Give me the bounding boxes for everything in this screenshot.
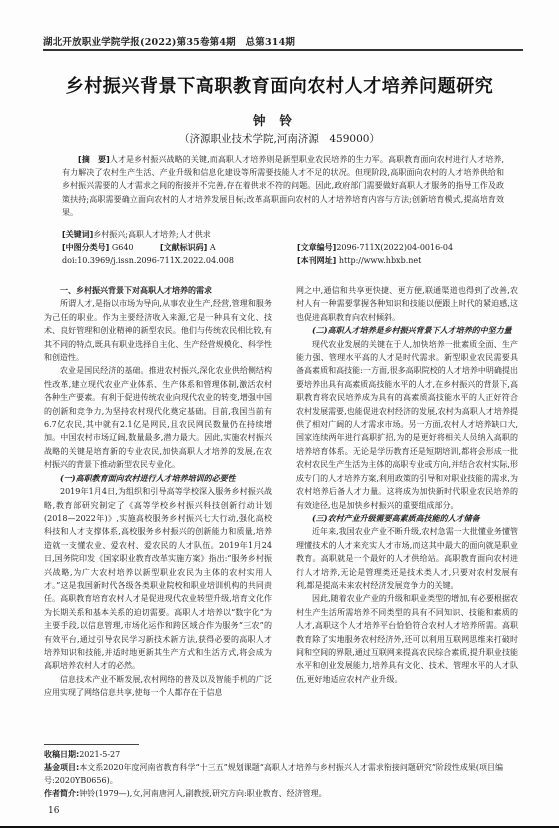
url-link[interactable]: http://www.hbxb.net bbox=[339, 256, 421, 265]
received-label: 收稿日期: bbox=[44, 750, 79, 759]
paragraph-continued: 网之中,通信和共享更快捷、更方便,联通渠道也得到了改善,农村人有一种需要掌握各种… bbox=[296, 284, 518, 324]
bio-label: 作者简介: bbox=[44, 789, 79, 798]
journal-page: 湖北开放职业学院学报(2022)第35卷第4期 总第314期 乡村振兴背景下高职… bbox=[0, 0, 559, 828]
running-head: 湖北开放职业学院学报(2022)第35卷第4期 总第314期 bbox=[43, 34, 295, 48]
url-label: [本刊网址] bbox=[297, 256, 336, 265]
keywords-label: [关键词] bbox=[62, 230, 93, 239]
footnotes: 收稿日期:2021-5-27 基金项目:本文系2020年度河南省教育科学“十三五… bbox=[44, 748, 522, 800]
fund-value: 本文系2020年度河南省教育科学“十三五”规划课题“高职人才培养与乡村振兴人才需… bbox=[44, 763, 503, 785]
fund-project: 基金项目:本文系2020年度河南省教育科学“十三五”规划课题“高职人才培养与乡村… bbox=[44, 761, 522, 787]
received-date: 收稿日期:2021-5-27 bbox=[44, 748, 522, 761]
author-bio: 作者简介:钟铃(1979—),女,河南唐河人,副教授,研究方向:职业教育、经济管… bbox=[44, 787, 522, 800]
paragraph: 信息技术产业不断发展,农村网络的普及以及智能手机的广泛应用实现了网络信息共享,使… bbox=[44, 673, 272, 700]
clc-number: [中图分类号] G640 bbox=[62, 241, 134, 254]
paragraph: 农业是国民经济的基础。推进农村振兴,深化农业供给侧结构性改革,建立现代农业产业体… bbox=[44, 364, 272, 471]
paragraph: 2019年1月4日,为组织和引导高等学校深入服务乡村振兴战略,教育部研究制定了《… bbox=[44, 485, 272, 673]
body-column-right: 网之中,通信和共享更快捷、更方便,联通渠道也得到了改善,农村人有一种需要掌握各种… bbox=[296, 284, 518, 686]
section-heading: 一、乡村振兴背景下对高职人才培养的需求 bbox=[44, 284, 272, 297]
clc-value: G640 bbox=[112, 243, 134, 252]
abstract: [摘 要]人才是乡村振兴战略的关键,而高职人才培养则是新型职业农民培养的生力军。… bbox=[62, 153, 504, 219]
document-code: [文献标识码] A bbox=[160, 241, 216, 254]
doc-code-value: A bbox=[210, 243, 216, 252]
doc-code-label: [文献标识码] bbox=[160, 243, 207, 252]
received-value: 2021-5-27 bbox=[79, 750, 120, 759]
page-number: 16 bbox=[48, 806, 59, 816]
article-title: 乡村振兴背景下高职教育面向农村人才培养问题研究 bbox=[0, 72, 559, 98]
abstract-label: [摘 要] bbox=[78, 155, 110, 164]
author-affiliation: （济源职业技术学院,河南济源 459000） bbox=[0, 131, 559, 146]
header-rule bbox=[43, 49, 523, 51]
article-no-label: [文章编号] bbox=[297, 243, 336, 252]
doi[interactable]: doi:10.3969/j.issn.2096-711X.2022.04.008 bbox=[62, 254, 234, 267]
paragraph: 现代农业发展的关键在于人,加快培养一批素质全面、生产能力强、管理水平高的人才是时… bbox=[296, 338, 518, 512]
fund-label: 基金项目: bbox=[44, 763, 79, 772]
author-name: 钟铃 bbox=[0, 111, 559, 129]
article-no-value: 2096-711X(2022)04-0016-04 bbox=[336, 243, 453, 252]
bio-value: 钟铃(1979—),女,河南唐河人,副教授,研究方向:职业教育、经济管理。 bbox=[79, 789, 326, 798]
paragraph: 近年来,我国农业产业不断升级,农村急需一大批懂业务懂管理懂技术的人才来充实人才市… bbox=[296, 525, 518, 592]
keywords: [关键词]乡村振兴;高职人才培养;人才供求 bbox=[62, 228, 211, 241]
journal-url: [本刊网址] http://www.hbxb.net bbox=[297, 254, 421, 267]
subsection-heading: (三)农村产业升级需要高素质高技能的人才储备 bbox=[296, 512, 518, 525]
subsection-heading: (一)高职教育面向农村进行人才培养培训的必要性 bbox=[44, 472, 272, 485]
body-column-left: 一、乡村振兴背景下对高职人才培养的需求 所谓人才,是指以市场为导向,从事农业生产… bbox=[44, 284, 272, 700]
subsection-heading: (二)高职人才培养是乡村振兴背景下人才培养的中坚力量 bbox=[296, 324, 518, 337]
abstract-text: 人才是乡村振兴战略的关键,而高职人才培养则是新型职业农民培养的生力军。高职教育面… bbox=[62, 155, 504, 217]
paragraph: 因此,随着农业产业的升级和职业类型的增加,有必要根据农村生产生活所需培养不同类型… bbox=[296, 592, 518, 686]
clc-label: [中图分类号] bbox=[62, 243, 109, 252]
keywords-text: 乡村振兴;高职人才培养;人才供求 bbox=[93, 230, 210, 239]
article-number: [文章编号]2096-711X(2022)04-0016-04 bbox=[297, 241, 453, 254]
footnote-rule bbox=[44, 744, 139, 745]
paragraph: 所谓人才,是指以市场为导向,从事农业生产,经营,管理和服务为己任的职业。作为主要… bbox=[44, 297, 272, 364]
